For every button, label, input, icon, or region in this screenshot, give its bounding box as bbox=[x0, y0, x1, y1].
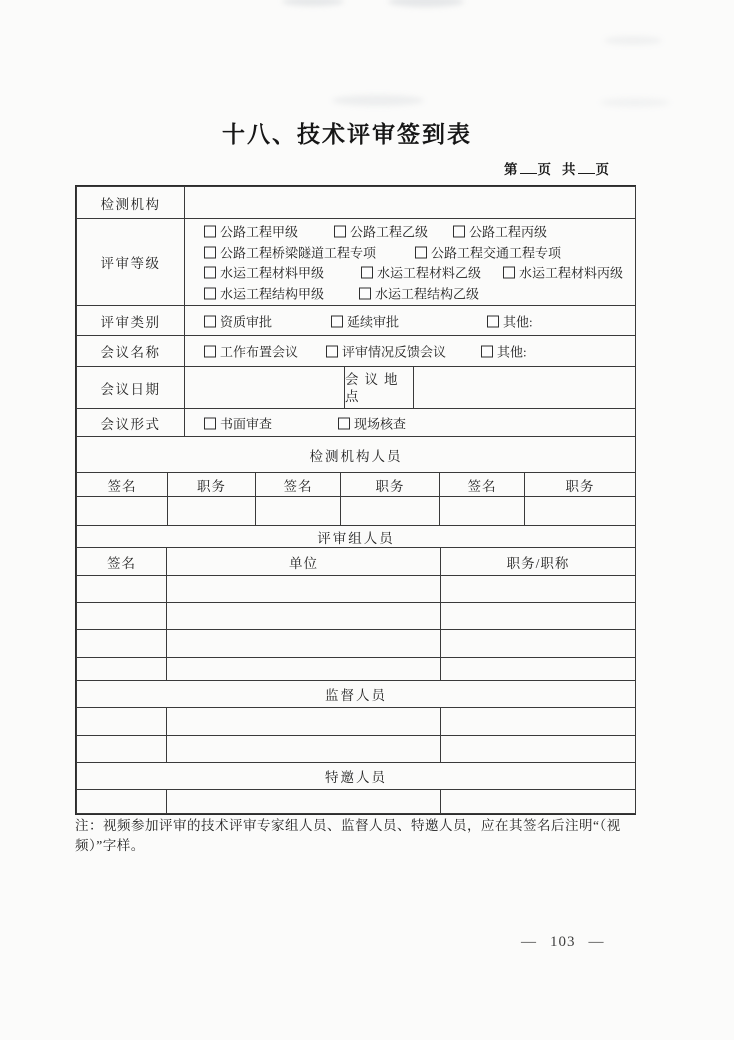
meeting-name-options-cell: 工作布置会议 评审情况反馈会议 其他: bbox=[185, 336, 636, 367]
checkbox-option[interactable]: 延续审批 bbox=[331, 311, 399, 330]
checkbox-option[interactable]: 水运工程结构乙级 bbox=[359, 283, 479, 302]
checkbox-label: 水运工程结构甲级 bbox=[220, 286, 324, 301]
scan-artifact bbox=[282, 0, 344, 6]
checkbox-option[interactable]: 其他: bbox=[481, 342, 527, 361]
checkbox-icon[interactable] bbox=[503, 267, 515, 279]
checkbox-option[interactable]: 公路工程交通工程专项 bbox=[415, 242, 561, 261]
scan-artifact bbox=[604, 36, 662, 45]
column-header: 签名 bbox=[77, 548, 167, 576]
page-number-dash: — bbox=[521, 934, 537, 951]
duty-cell[interactable] bbox=[525, 497, 636, 526]
checkbox-option[interactable]: 工作布置会议 bbox=[204, 342, 298, 361]
unit-cell[interactable] bbox=[167, 603, 441, 630]
level-options-cell: 公路工程甲级 公路工程乙级 公路工程丙级 公路工程桥梁隧道工程专项 公路工程交通… bbox=[185, 219, 636, 306]
checkbox-icon[interactable] bbox=[204, 246, 216, 258]
unit-cell[interactable] bbox=[167, 736, 441, 763]
column-header: 签名 bbox=[440, 473, 525, 497]
checkbox-label: 公路工程甲级 bbox=[220, 225, 298, 240]
org-label: 检测机构 bbox=[77, 187, 185, 219]
page-counter: 第页共页 bbox=[504, 158, 610, 178]
unit-cell[interactable] bbox=[167, 790, 441, 814]
signature-cell[interactable] bbox=[77, 708, 167, 736]
checkbox-label: 书面审查 bbox=[220, 416, 272, 431]
checkbox-icon[interactable] bbox=[204, 315, 216, 327]
page-number-blank[interactable] bbox=[520, 161, 537, 174]
total-counter-suffix: 页 bbox=[596, 162, 611, 177]
checkbox-label: 评审情况反馈会议 bbox=[342, 345, 446, 360]
checkbox-icon[interactable] bbox=[204, 226, 216, 238]
duty-cell[interactable] bbox=[341, 497, 440, 526]
checkbox-label: 公路工程桥梁隧道工程专项 bbox=[220, 245, 376, 260]
org-personnel-table: 检测机构人员 签名 职务 签名 职务 签名 职务 bbox=[76, 436, 636, 526]
supervisors-table: 监督人员 bbox=[76, 680, 636, 763]
checkbox-option[interactable]: 书面审查 bbox=[204, 413, 272, 432]
scan-artifact bbox=[388, 0, 464, 7]
checkbox-option[interactable]: 水运工程材料甲级 bbox=[204, 263, 324, 282]
checkbox-label: 公路工程丙级 bbox=[469, 225, 547, 240]
section-title-review-group: 评审组人员 bbox=[77, 526, 636, 548]
meeting-date-value-cell[interactable] bbox=[185, 367, 345, 409]
category-label: 评审类别 bbox=[77, 306, 185, 336]
total-pages-blank[interactable] bbox=[578, 161, 595, 174]
checkbox-label: 延续审批 bbox=[347, 314, 399, 329]
meeting-format-label: 会议形式 bbox=[77, 409, 185, 437]
checkbox-option[interactable]: 公路工程丙级 bbox=[453, 222, 547, 241]
scanned-form-page: 十八、技术评审签到表 第页共页 检测机构 评审等级 公路工程甲级 公路工程乙级 … bbox=[0, 0, 734, 1040]
level-label: 评审等级 bbox=[77, 219, 185, 306]
note-text: 注：视频参加评审的技术评审专家组人员、监督人员、特邀人员，应在其签名后注明“（视… bbox=[75, 816, 641, 856]
checkbox-label: 现场核查 bbox=[354, 416, 406, 431]
duty-title-cell[interactable] bbox=[441, 658, 636, 681]
checkbox-label: 水运工程材料甲级 bbox=[220, 266, 324, 281]
signature-cell[interactable] bbox=[77, 790, 167, 814]
checkbox-icon[interactable] bbox=[359, 287, 371, 299]
column-header: 单位 bbox=[167, 548, 441, 576]
checkbox-icon[interactable] bbox=[204, 346, 216, 358]
checkbox-icon[interactable] bbox=[415, 246, 427, 258]
scan-artifact bbox=[332, 95, 424, 106]
signature-cell[interactable] bbox=[77, 497, 168, 526]
checkbox-icon[interactable] bbox=[487, 315, 499, 327]
checkbox-option[interactable]: 公路工程乙级 bbox=[334, 222, 428, 241]
page-title: 十八、技术评审签到表 bbox=[0, 116, 694, 149]
checkbox-option[interactable]: 评审情况反馈会议 bbox=[326, 342, 446, 361]
section-title-org-personnel: 检测机构人员 bbox=[77, 437, 636, 473]
checkbox-option[interactable]: 公路工程桥梁隧道工程专项 bbox=[204, 242, 376, 261]
column-header: 签名 bbox=[256, 473, 341, 497]
duty-title-cell[interactable] bbox=[441, 576, 636, 603]
checkbox-option[interactable]: 现场核查 bbox=[338, 413, 406, 432]
checkbox-icon[interactable] bbox=[326, 346, 338, 358]
checkbox-icon[interactable] bbox=[338, 417, 350, 429]
duty-title-cell[interactable] bbox=[441, 630, 636, 658]
checkbox-label: 工作布置会议 bbox=[220, 345, 298, 360]
page-number: —103— bbox=[521, 934, 605, 951]
duty-title-cell[interactable] bbox=[441, 603, 636, 630]
page-number-dash: — bbox=[589, 934, 605, 951]
checkbox-icon[interactable] bbox=[481, 346, 493, 358]
form-fields-table: 检测机构 评审等级 公路工程甲级 公路工程乙级 公路工程丙级 公路工程桥梁隧道工… bbox=[76, 186, 636, 437]
checkbox-label: 其他: bbox=[503, 314, 533, 329]
checkbox-icon[interactable] bbox=[334, 226, 346, 238]
signature-cell[interactable] bbox=[77, 630, 167, 658]
checkbox-label: 公路工程乙级 bbox=[350, 225, 428, 240]
column-header: 签名 bbox=[77, 473, 168, 497]
page-counter-suffix: 页 bbox=[538, 162, 553, 177]
checkbox-option[interactable]: 其他: bbox=[487, 311, 533, 330]
signature-cell[interactable] bbox=[440, 497, 525, 526]
checkbox-option[interactable]: 水运工程材料乙级 bbox=[361, 263, 481, 282]
checkbox-label: 资质审批 bbox=[220, 314, 272, 329]
column-header: 职务/职称 bbox=[441, 548, 636, 576]
org-value-cell[interactable] bbox=[185, 187, 636, 219]
signature-cell[interactable] bbox=[256, 497, 341, 526]
unit-cell[interactable] bbox=[167, 576, 441, 603]
duty-title-cell[interactable] bbox=[441, 708, 636, 736]
signature-cell[interactable] bbox=[77, 603, 167, 630]
category-options-cell: 资质审批 延续审批 其他: bbox=[185, 306, 636, 336]
unit-cell[interactable] bbox=[167, 658, 441, 681]
checkbox-label: 其他: bbox=[497, 345, 527, 360]
meeting-location-label: 会议地点 bbox=[345, 367, 414, 409]
checkbox-icon[interactable] bbox=[204, 287, 216, 299]
page-counter-prefix: 第 bbox=[504, 162, 519, 177]
checkbox-option[interactable]: 水运工程结构甲级 bbox=[204, 283, 324, 302]
duty-title-cell[interactable] bbox=[441, 736, 636, 763]
column-header: 职务 bbox=[525, 473, 636, 497]
column-header: 职务 bbox=[341, 473, 440, 497]
section-title-guests: 特邀人员 bbox=[77, 763, 636, 790]
signature-cell[interactable] bbox=[77, 658, 167, 681]
checkbox-icon[interactable] bbox=[204, 417, 216, 429]
signature-cell[interactable] bbox=[77, 576, 167, 603]
meeting-date-label: 会议日期 bbox=[77, 367, 185, 409]
meeting-name-label: 会议名称 bbox=[77, 336, 185, 367]
scan-artifact bbox=[600, 98, 670, 107]
section-title-supervisors: 监督人员 bbox=[77, 681, 636, 708]
checkbox-option[interactable]: 水运工程材料丙级 bbox=[503, 263, 623, 282]
unit-cell[interactable] bbox=[167, 630, 441, 658]
checkbox-option[interactable]: 资质审批 bbox=[204, 311, 272, 330]
checkbox-icon[interactable] bbox=[204, 267, 216, 279]
signin-form-table: 检测机构 评审等级 公路工程甲级 公路工程乙级 公路工程丙级 公路工程桥梁隧道工… bbox=[75, 185, 636, 815]
duty-title-cell[interactable] bbox=[441, 790, 636, 814]
checkbox-icon[interactable] bbox=[331, 315, 343, 327]
checkbox-option[interactable]: 公路工程甲级 bbox=[204, 222, 298, 241]
meeting-location-value-cell[interactable] bbox=[414, 367, 636, 409]
duty-cell[interactable] bbox=[168, 497, 256, 526]
checkbox-icon[interactable] bbox=[361, 267, 373, 279]
checkbox-icon[interactable] bbox=[453, 226, 465, 238]
checkbox-label: 水运工程材料丙级 bbox=[519, 266, 623, 281]
meeting-format-options-cell: 书面审查 现场核查 bbox=[185, 409, 636, 437]
unit-cell[interactable] bbox=[167, 708, 441, 736]
checkbox-label: 水运工程结构乙级 bbox=[375, 286, 479, 301]
page-number-value: 103 bbox=[550, 934, 576, 951]
checkbox-label: 水运工程材料乙级 bbox=[377, 266, 481, 281]
total-counter-prefix: 共 bbox=[562, 162, 577, 177]
column-header: 职务 bbox=[168, 473, 256, 497]
guests-table: 特邀人员 bbox=[76, 762, 636, 814]
signature-cell[interactable] bbox=[77, 736, 167, 763]
checkbox-label: 公路工程交通工程专项 bbox=[431, 245, 561, 260]
review-group-table: 评审组人员 签名 单位 职务/职称 bbox=[76, 525, 636, 681]
